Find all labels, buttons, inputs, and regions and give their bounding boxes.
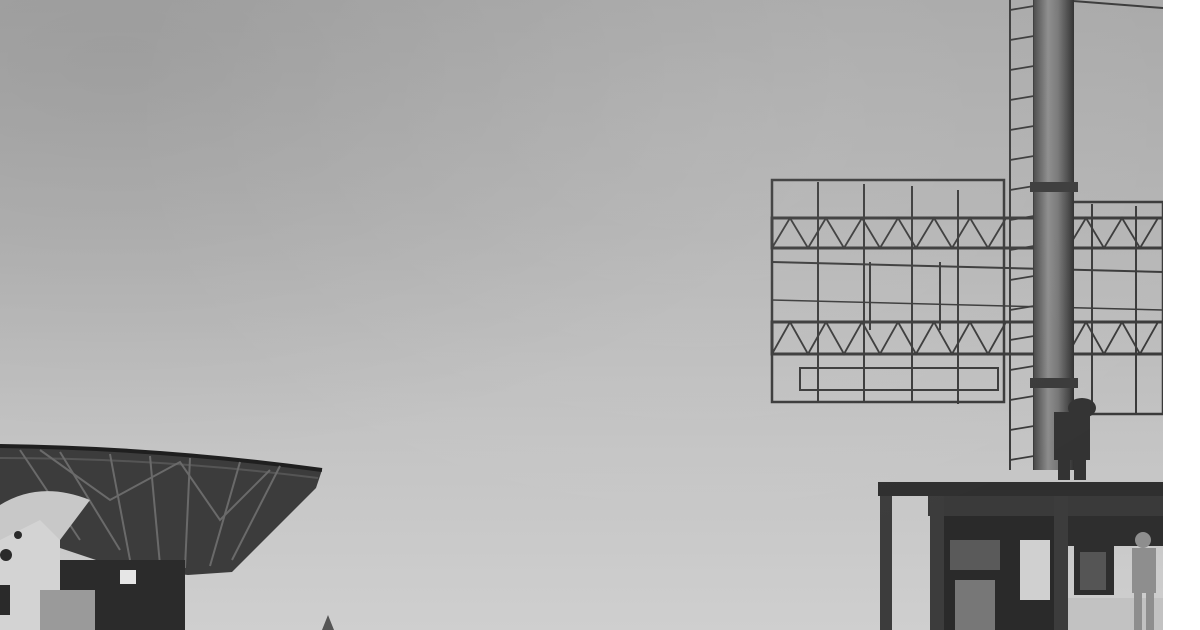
radar-scene (0, 0, 1163, 630)
photograph: Black-and-white archival photograph of r… (0, 0, 1163, 630)
equipment-platform (878, 482, 1163, 630)
parabolic-dish-antenna (0, 446, 322, 630)
image-border (1163, 0, 1200, 630)
antenna-mast (1030, 0, 1078, 470)
lattice-antenna-array (772, 180, 1163, 414)
ground-detail (322, 615, 334, 630)
